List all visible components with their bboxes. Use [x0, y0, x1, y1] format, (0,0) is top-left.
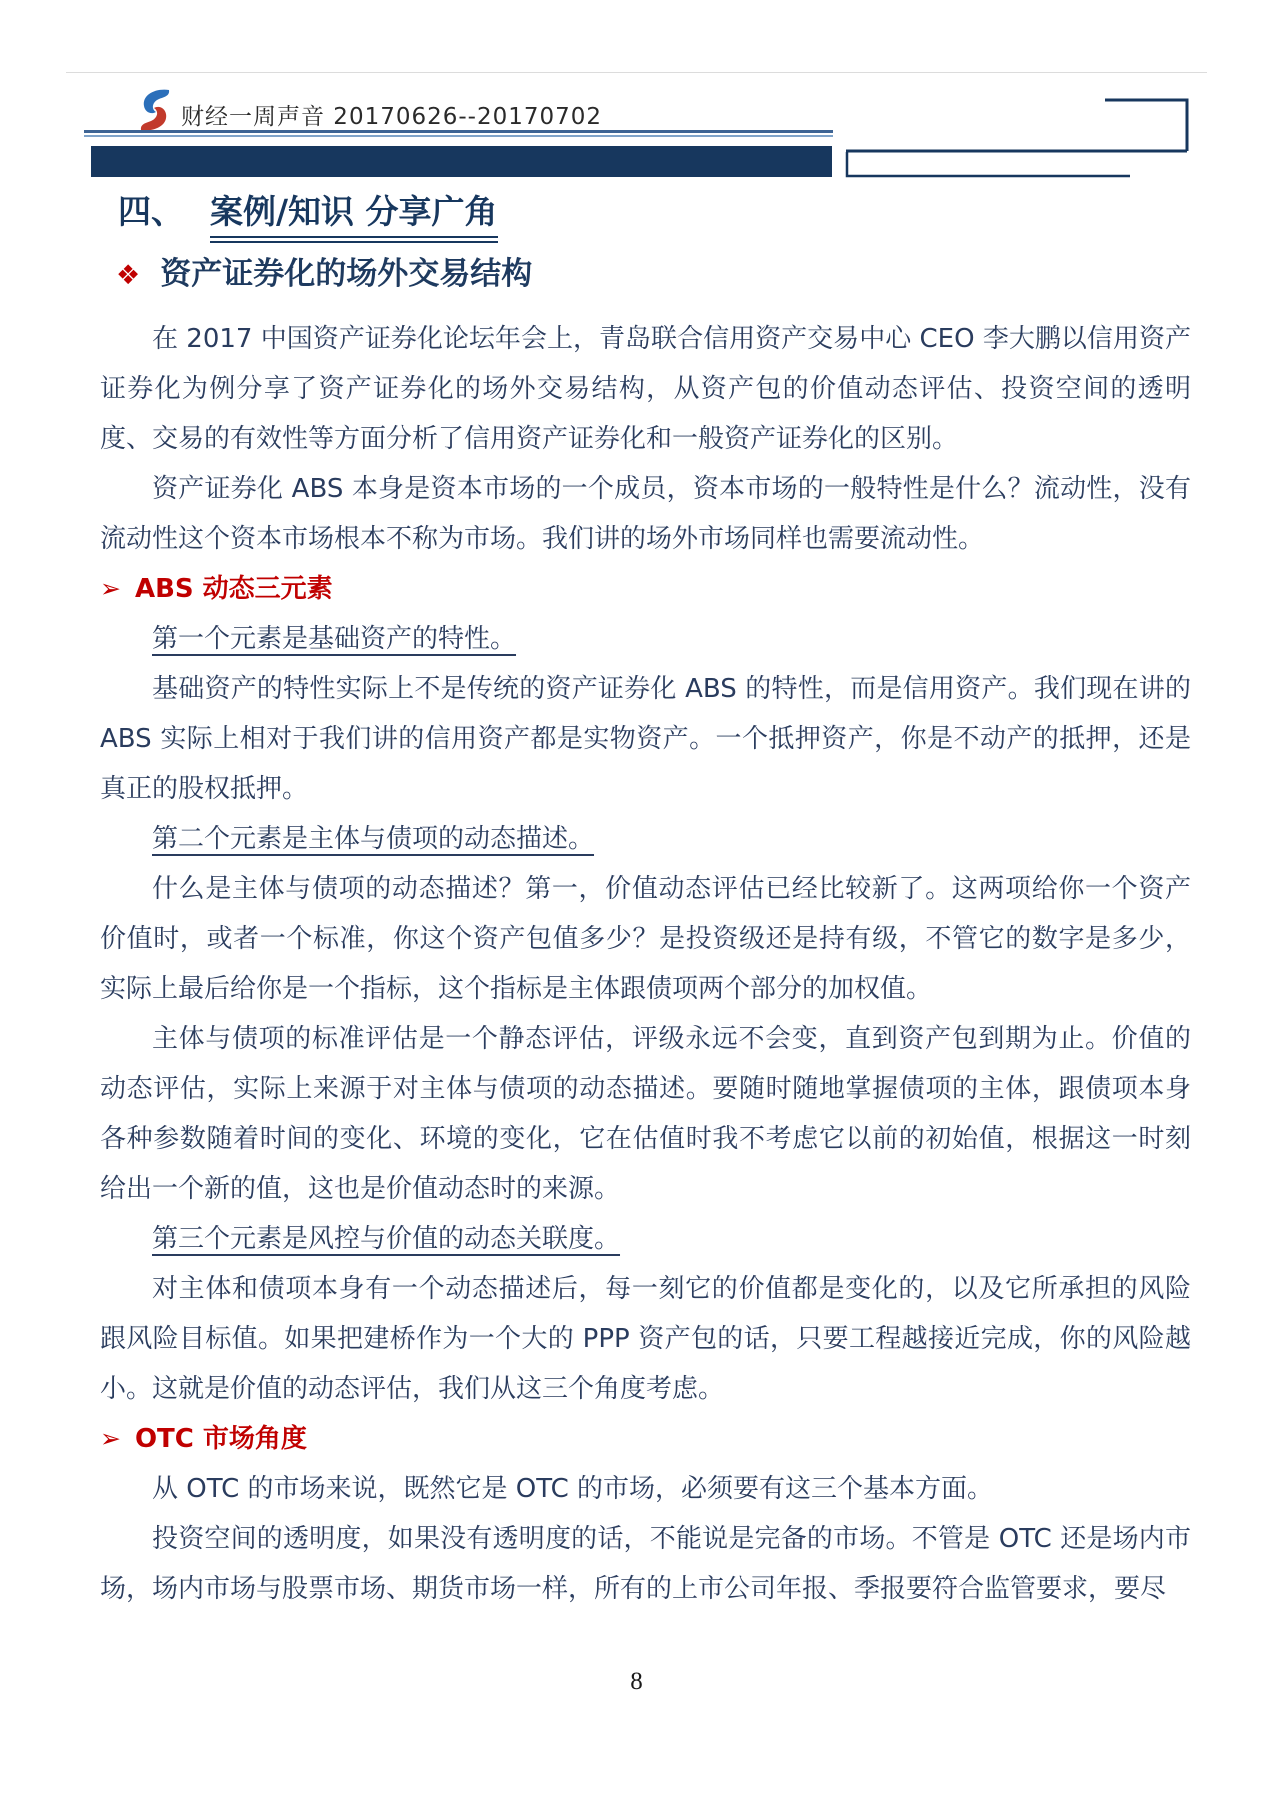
- article-body: 在 2017 中国资产证券化论坛年会上，青岛联合信用资产交易中心 CEO 李大鹏…: [100, 314, 1191, 1614]
- header-decor-lines: [0, 0, 1273, 210]
- underlined-lead-sentence: 第二个元素是主体与债项的动态描述。: [100, 814, 1191, 864]
- body-paragraph: 资产证券化 ABS 本身是资本市场的一个成员，资本市场的一般特性是什么？流动性，…: [100, 464, 1191, 564]
- page-number: 8: [0, 1668, 1273, 1696]
- body-paragraph: 从 OTC 的市场来说，既然它是 OTC 的市场，必须要有这三个基本方面。: [100, 1464, 1191, 1514]
- document-page: 财经一周声音 20170626--20170702 四、案例/知识 分享广角 ❖…: [0, 0, 1273, 1800]
- red-heading-label: OTC 市场角度: [135, 1424, 307, 1454]
- section-heading: 四、案例/知识 分享广角: [118, 186, 498, 243]
- red-subsection-heading: ➢OTC 市场角度: [100, 1414, 1191, 1464]
- body-paragraph: 对主体和债项本身有一个动态描述后，每一刻它的价值都是变化的，以及它所承担的风险跟…: [100, 1264, 1191, 1414]
- body-paragraph: 在 2017 中国资产证券化论坛年会上，青岛联合信用资产交易中心 CEO 李大鹏…: [100, 314, 1191, 464]
- body-paragraph: 投资空间的透明度，如果没有透明度的话，不能说是完备的市场。不管是 OTC 还是场…: [100, 1514, 1191, 1614]
- section-title: 案例/知识 分享广角: [210, 186, 498, 243]
- arrow-bullet-icon: ➢: [100, 564, 121, 614]
- body-paragraph: 什么是主体与债项的动态描述？第一，价值动态评估已经比较新了。这两项给你一个资产价…: [100, 864, 1191, 1014]
- underlined-lead-sentence: 第一个元素是基础资产的特性。: [100, 614, 1191, 664]
- sub-heading: ❖ 资产证券化的场外交易结构: [116, 248, 532, 293]
- red-subsection-heading: ➢ABS 动态三元素: [100, 564, 1191, 614]
- red-heading-label: ABS 动态三元素: [135, 574, 333, 604]
- diamond-bullet-icon: ❖: [116, 260, 140, 291]
- underlined-lead-sentence: 第三个元素是风控与价值的动态关联度。: [100, 1214, 1191, 1264]
- body-paragraph: 基础资产的特性实际上不是传统的资产证券化 ABS 的特性，而是信用资产。我们现在…: [100, 664, 1191, 814]
- section-number: 四、: [118, 186, 184, 233]
- sub-heading-title: 资产证券化的场外交易结构: [160, 248, 532, 293]
- arrow-bullet-icon: ➢: [100, 1414, 121, 1464]
- body-paragraph: 主体与债项的标准评估是一个静态评估，评级永远不会变，直到资产包到期为止。价值的动…: [100, 1014, 1191, 1214]
